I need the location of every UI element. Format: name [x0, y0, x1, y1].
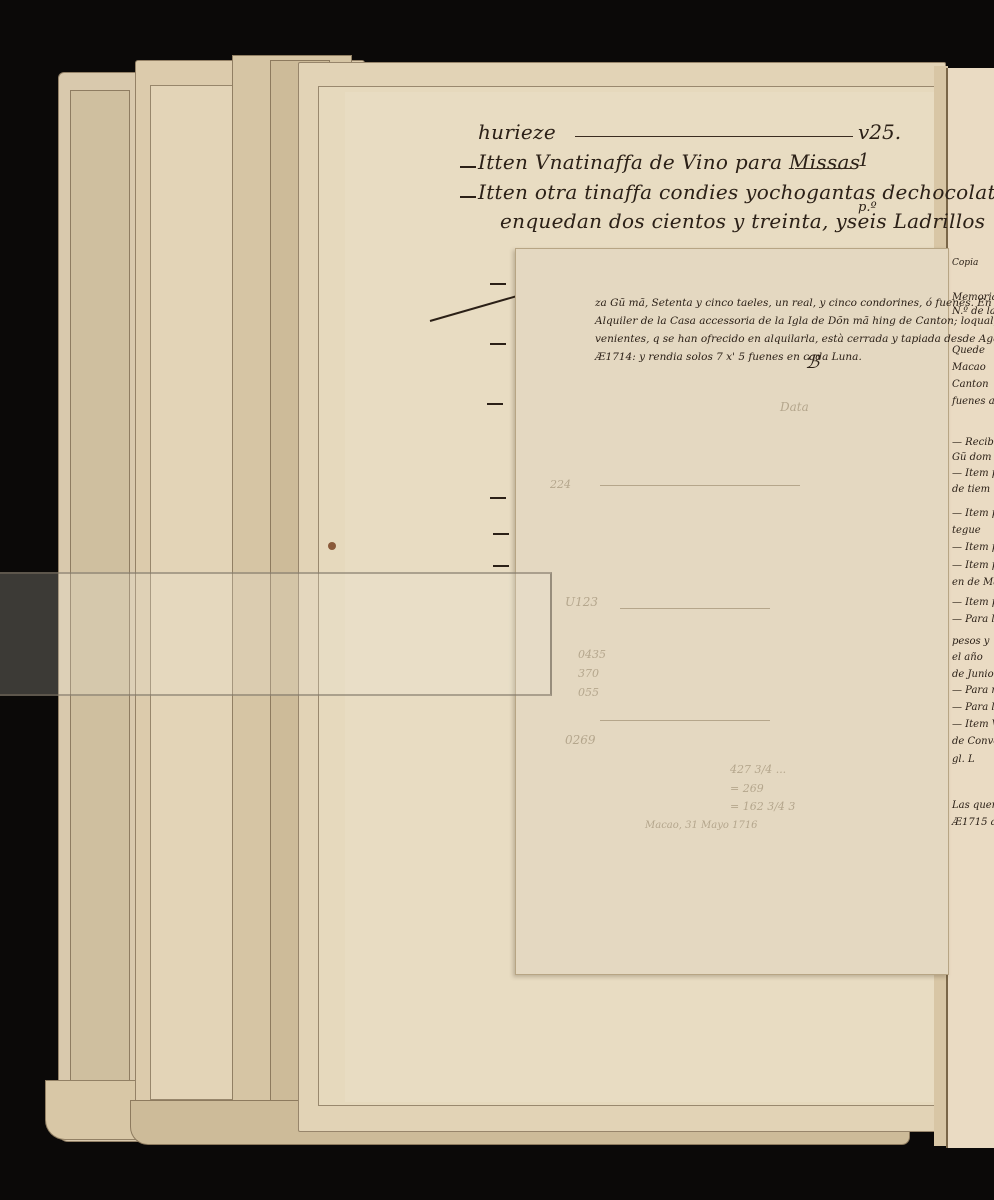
faint-rule — [620, 608, 770, 609]
line-3-text: Itten otra tinaffa condies yochogantas d… — [478, 180, 994, 204]
right-line: de Conve — [952, 736, 994, 747]
right-line: el año — [952, 652, 983, 663]
margin-dash — [490, 343, 506, 345]
right-line: en de Ma — [952, 577, 994, 588]
right-line: — Para los — [952, 702, 994, 713]
slip-line-3: venientes, q se han ofrecido en alquilar… — [595, 333, 994, 345]
right-line: fuenes a — [952, 396, 994, 407]
slip-line-2: Alquiler de la Casa accessoria de la Igl… — [595, 315, 994, 327]
right-line: N.º de la — [952, 306, 994, 317]
margin-dash — [493, 565, 509, 567]
right-line: Gũ dom — [952, 452, 992, 463]
right-line: Macao — [952, 362, 986, 373]
faint-number: 370 — [578, 667, 599, 680]
right-line: — Item p — [952, 542, 994, 553]
faint-heading: Data — [780, 400, 809, 414]
right-heading: Copia — [952, 258, 978, 268]
margin-dash — [493, 533, 509, 535]
signature-flourish: ℬ — [805, 352, 819, 373]
right-line: — Item p — [952, 597, 994, 608]
faint-number: 0269 — [565, 733, 596, 747]
right-line: gl. L — [952, 754, 975, 765]
faint-number: 0435 — [578, 648, 606, 661]
right-line: pesos y — [952, 636, 989, 647]
line-2-dash — [460, 166, 476, 168]
right-line: de Junio — [952, 669, 994, 680]
right-line: Canton — [952, 379, 989, 390]
line-4-amount: p.º — [858, 200, 877, 215]
margin-dash — [490, 283, 506, 285]
right-line: Las quentas — [952, 800, 994, 811]
right-line: de tiem — [952, 484, 990, 495]
right-line: Memoria — [952, 292, 994, 303]
right-line: Quede — [952, 345, 985, 356]
clear-tape-strip — [0, 572, 552, 696]
right-line: tegue — [952, 525, 981, 536]
line-3-dash — [460, 196, 476, 198]
line-2-amount: 1 — [858, 150, 869, 171]
faint-total: = 269 — [730, 782, 764, 795]
right-line: Æ1715 años — [952, 817, 994, 828]
margin-dash — [487, 403, 503, 405]
faint-number: 224 — [550, 478, 571, 491]
line-1-amount: v25. — [858, 120, 901, 144]
faint-rule — [600, 485, 800, 486]
right-line: — Para nu — [952, 685, 994, 696]
right-line: — Item p — [952, 508, 994, 519]
right-line: — Recib. p — [952, 437, 994, 448]
faint-total: 427 3/4 ... — [730, 763, 786, 776]
ink-stain — [328, 542, 336, 550]
line-2-rule — [795, 168, 853, 169]
line-1-rule — [575, 136, 853, 137]
right-line: — Para los — [952, 614, 994, 625]
slip-line-1: za Gũ mã, Setenta y cinco taeles, un rea… — [595, 297, 994, 309]
faint-number: 055 — [578, 686, 599, 699]
line-2-text: Itten Vnatinaffa de Vino para Missas — [478, 150, 860, 174]
right-line: — Item V — [952, 719, 994, 730]
slip-line-4: Æ1714: y rendia solos 7 x' 5 fuenes en c… — [595, 351, 862, 363]
right-line: — Item p — [952, 468, 994, 479]
line-4-text: enquedan dos cientos y treinta, yseis La… — [500, 209, 985, 233]
right-line: — Item p — [952, 560, 994, 571]
faint-total: = 162 3/4 3 — [730, 800, 795, 813]
line-1-text: hurieze — [478, 120, 556, 144]
faint-rule — [600, 720, 770, 721]
faint-closing: Macao, 31 Mayo 1716 — [645, 820, 758, 831]
margin-dash — [490, 497, 506, 499]
faint-number: U123 — [565, 595, 598, 609]
